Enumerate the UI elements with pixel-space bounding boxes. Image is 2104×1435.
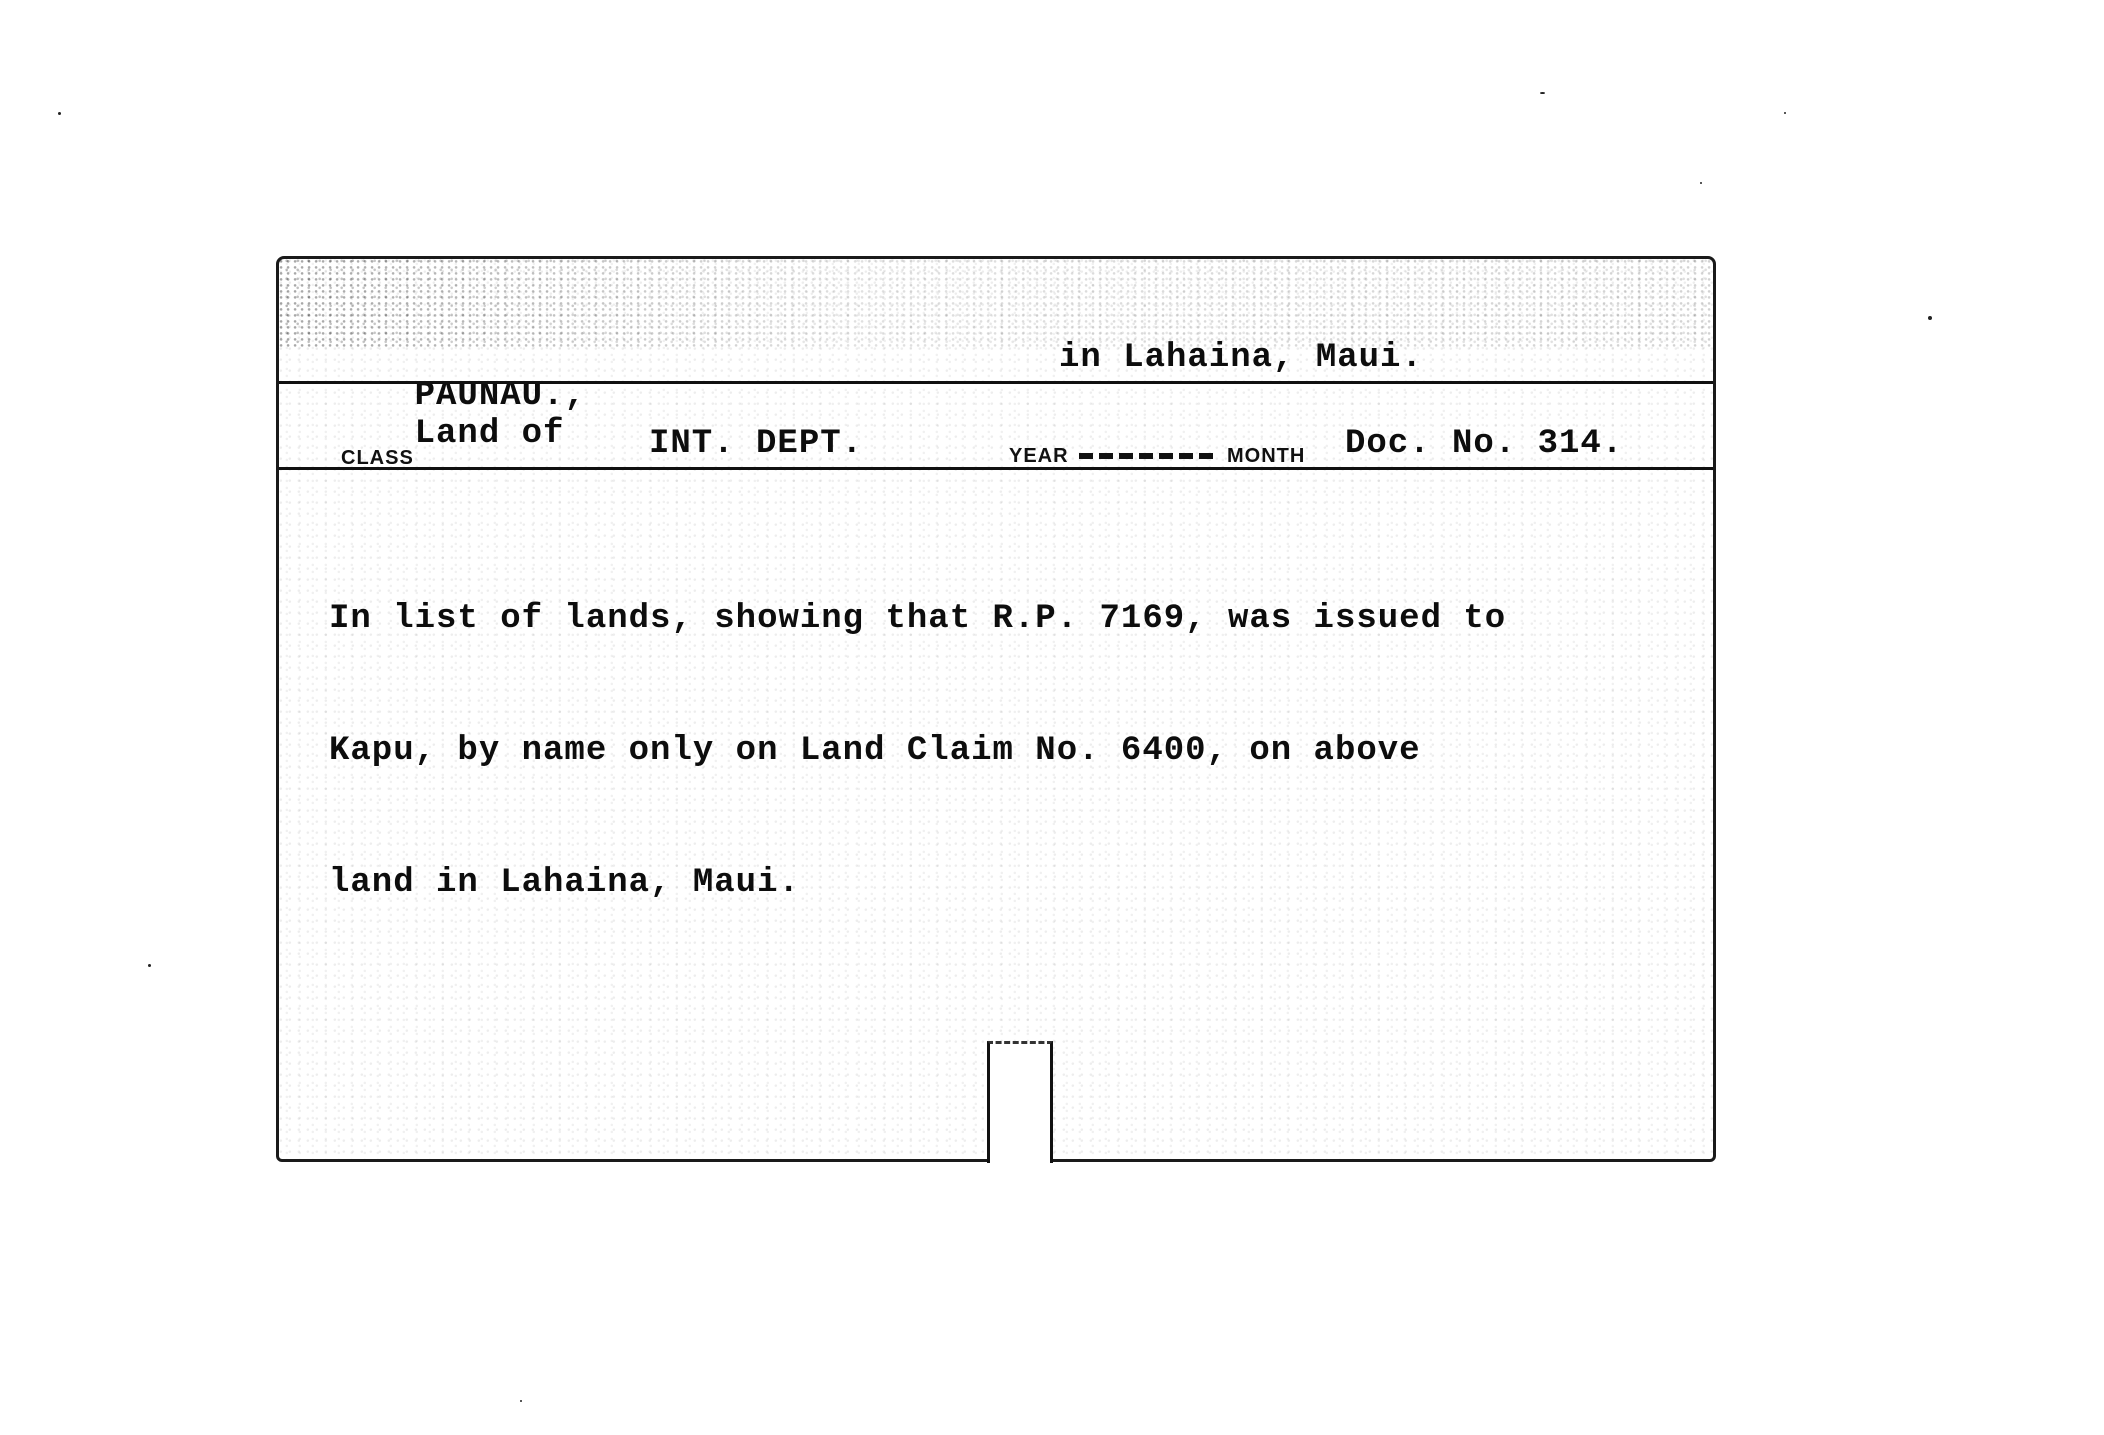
body-line: land in Lahaina, Maui. — [329, 861, 1506, 905]
body-line: Kapu, by name only on Land Claim No. 640… — [329, 729, 1506, 773]
land-location: in Lahaina, Maui. — [1059, 339, 1423, 377]
land-suffix: Land of — [415, 415, 565, 453]
scan-speck — [1784, 112, 1786, 114]
class-value: INT. DEPT. — [649, 425, 863, 463]
index-card: PAUNAU., Land of in Lahaina, Maui. CLASS… — [276, 256, 1716, 1162]
scan-speck — [1928, 316, 1932, 320]
scan-speck — [520, 1400, 522, 1402]
card-header-texture — [279, 259, 1713, 349]
card-rod-notch — [987, 1041, 1053, 1163]
scan-speck — [1540, 92, 1545, 94]
body-line: In list of lands, showing that R.P. 7169… — [329, 597, 1506, 641]
document-number: Doc. No. 314. — [1345, 425, 1623, 463]
scan-speck — [58, 112, 61, 115]
year-label: YEAR — [1009, 445, 1069, 468]
header-rule — [279, 381, 1713, 384]
meta-rule — [279, 467, 1713, 470]
scan-speck — [1700, 182, 1702, 184]
year-month-dashes — [1079, 453, 1219, 459]
month-label: MONTH — [1227, 445, 1305, 468]
scan-speck — [148, 964, 151, 967]
card-body-text: In list of lands, showing that R.P. 7169… — [329, 509, 1506, 993]
